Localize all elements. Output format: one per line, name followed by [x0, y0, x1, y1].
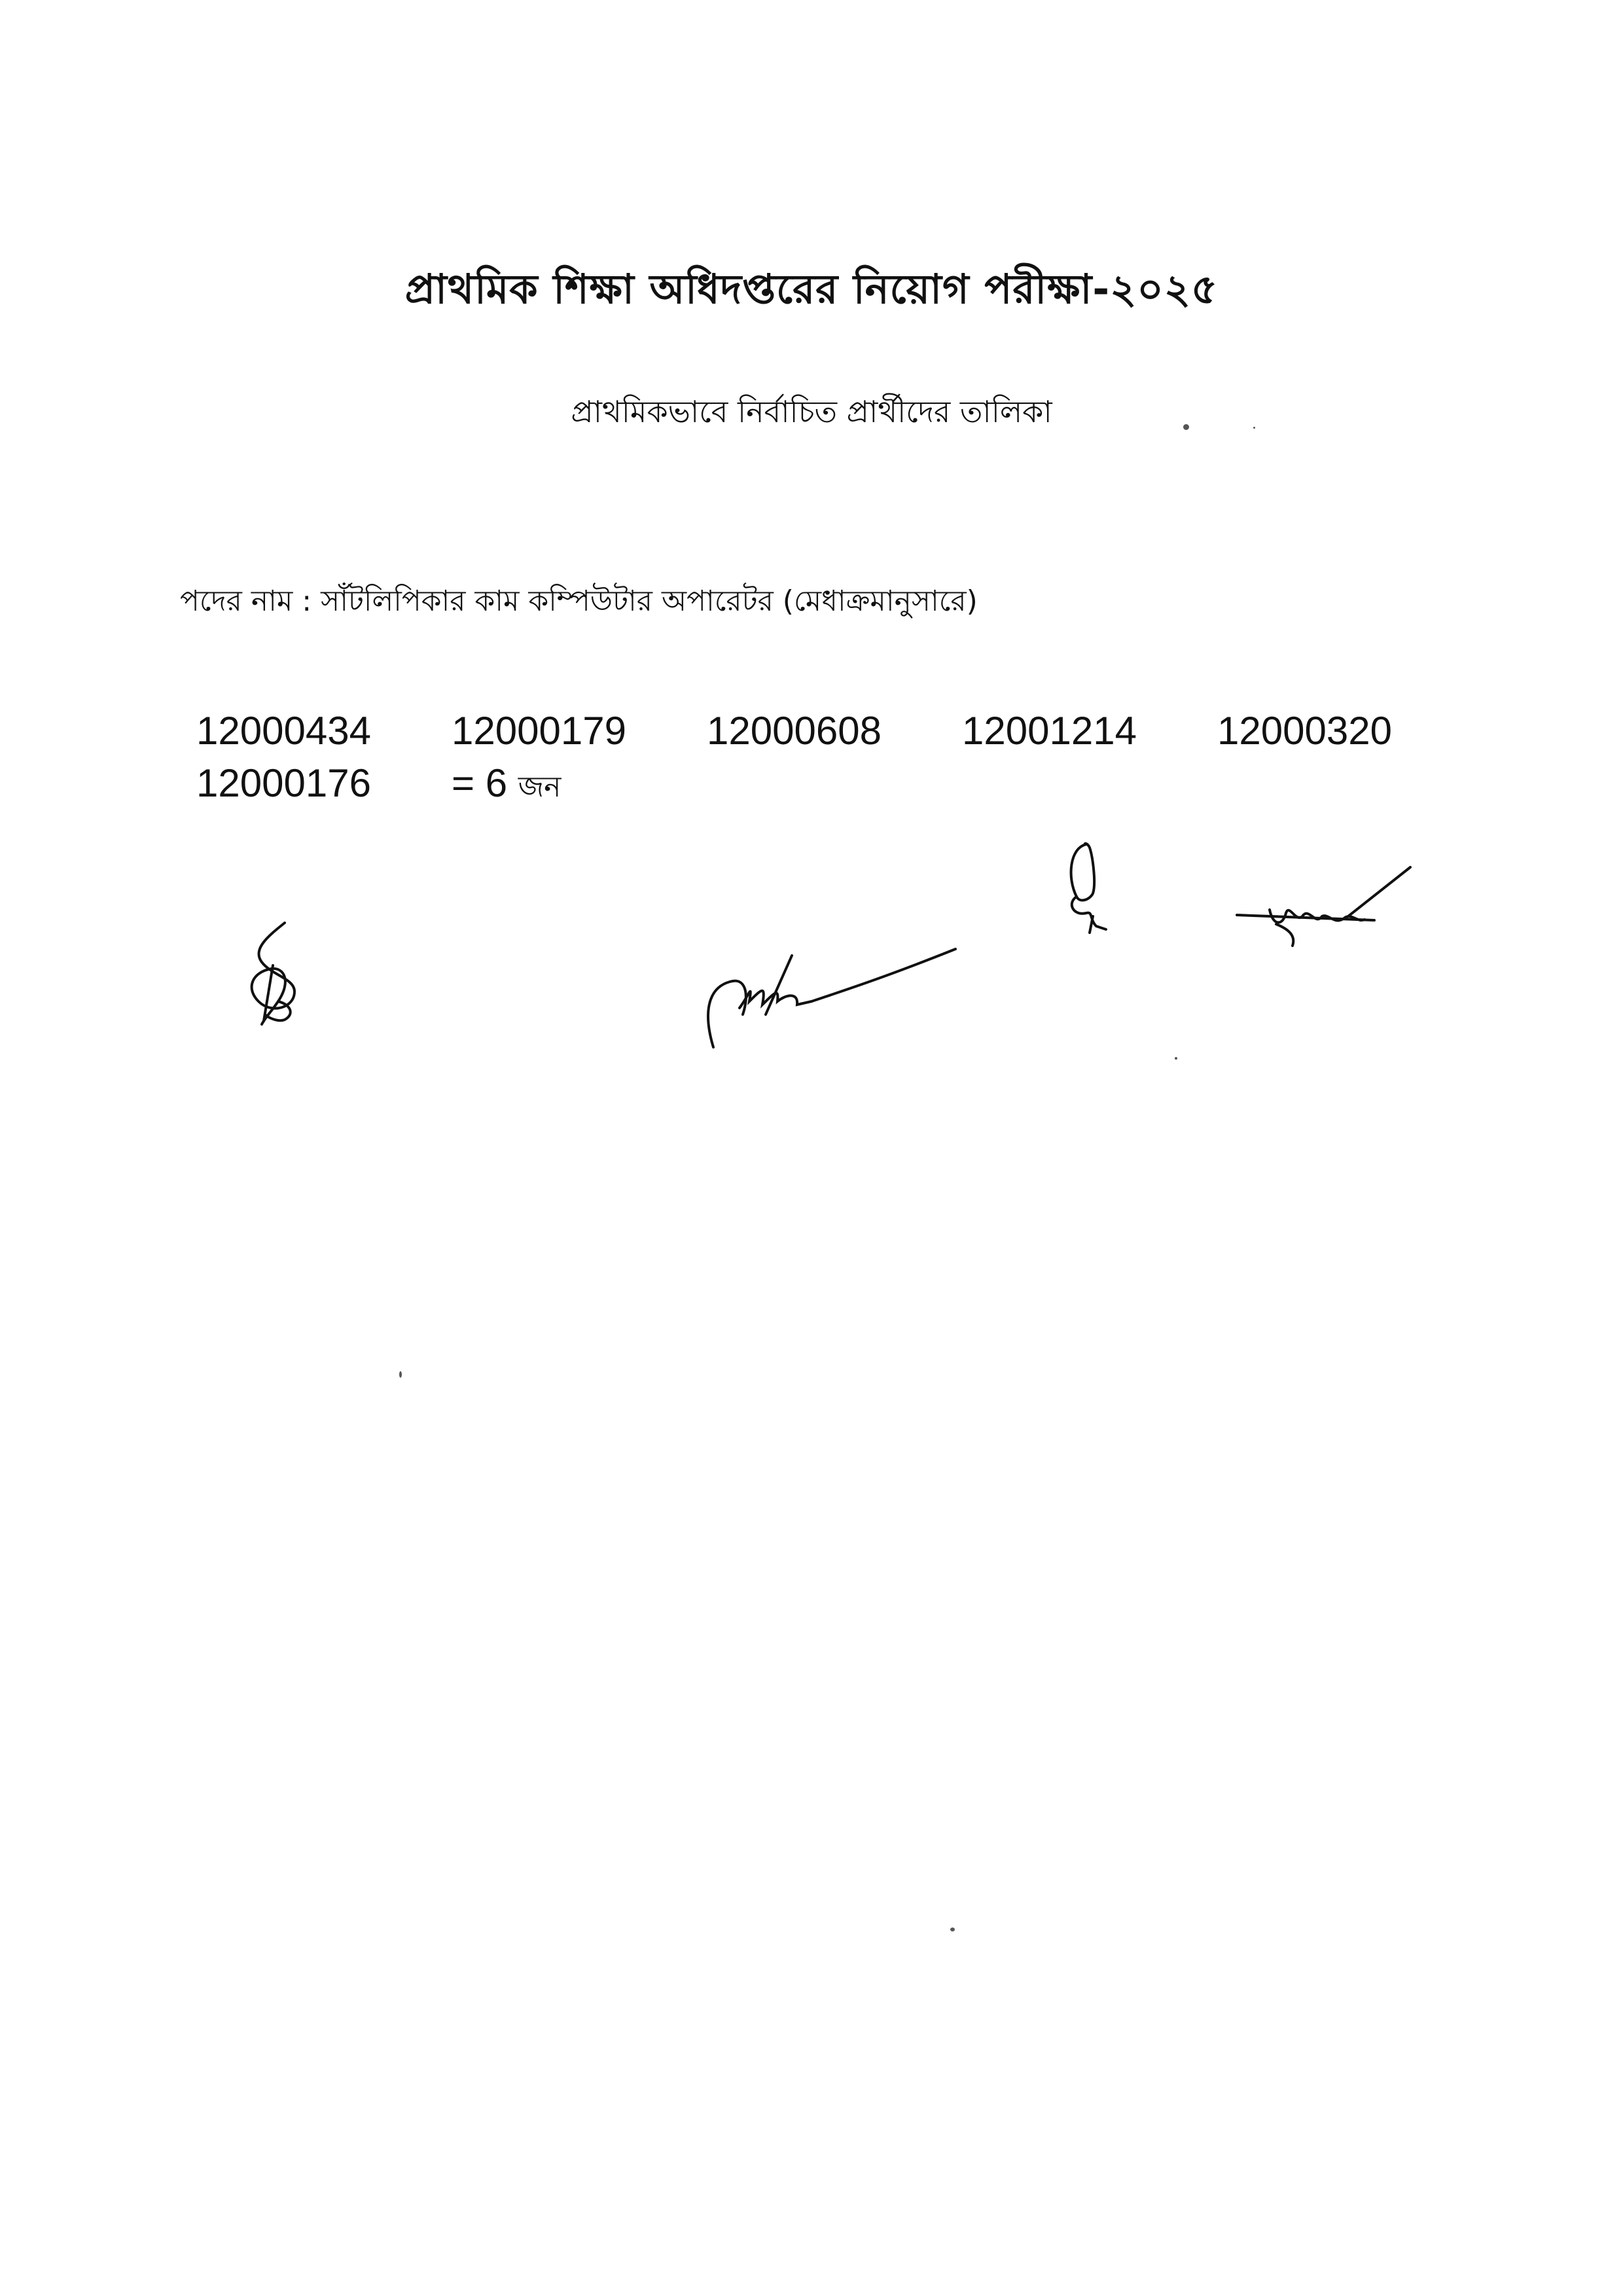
post-label: পদের নাম :: [180, 584, 312, 618]
post-value: সাঁটলিপিকার কাম কম্পিউটার অপারেটর (মেধাক…: [321, 584, 978, 618]
scan-speck: [399, 1371, 402, 1378]
scan-speck: [1253, 427, 1255, 429]
document-title: প্রাথমিক শিক্ষা অধিদপ্তরের নিয়োগ পরীক্ষ…: [0, 259, 1623, 326]
total-count-unit: জন: [518, 770, 562, 804]
total-count: = 6 জন: [452, 759, 707, 812]
roll-number: 12000434: [196, 707, 452, 755]
signature-1: [232, 916, 317, 1028]
roll-number: 12001214: [962, 707, 1217, 755]
total-count-value: = 6: [452, 761, 507, 805]
roll-number: 12000176: [196, 759, 452, 812]
scan-speck: [1183, 424, 1189, 430]
scan-speck: [950, 1928, 955, 1931]
signature-3: [1057, 838, 1129, 936]
roll-number-list: 12000434 12000179 12000608 12001214 1200…: [196, 707, 1440, 812]
document-subtitle: প্রাথমিকভাবে নির্বাচিত প্রার্থীদের তালিক…: [0, 389, 1623, 439]
roll-number: 12000179: [452, 707, 707, 755]
post-name-line: পদের নাম : সাঁটলিপিকার কাম কম্পিউটার অপা…: [180, 579, 978, 627]
roll-number: 12000320: [1217, 707, 1472, 755]
signature-2: [700, 936, 962, 1054]
signature-4: [1230, 864, 1420, 949]
scan-speck: [1175, 1057, 1177, 1060]
roll-number: 12000608: [707, 707, 962, 755]
